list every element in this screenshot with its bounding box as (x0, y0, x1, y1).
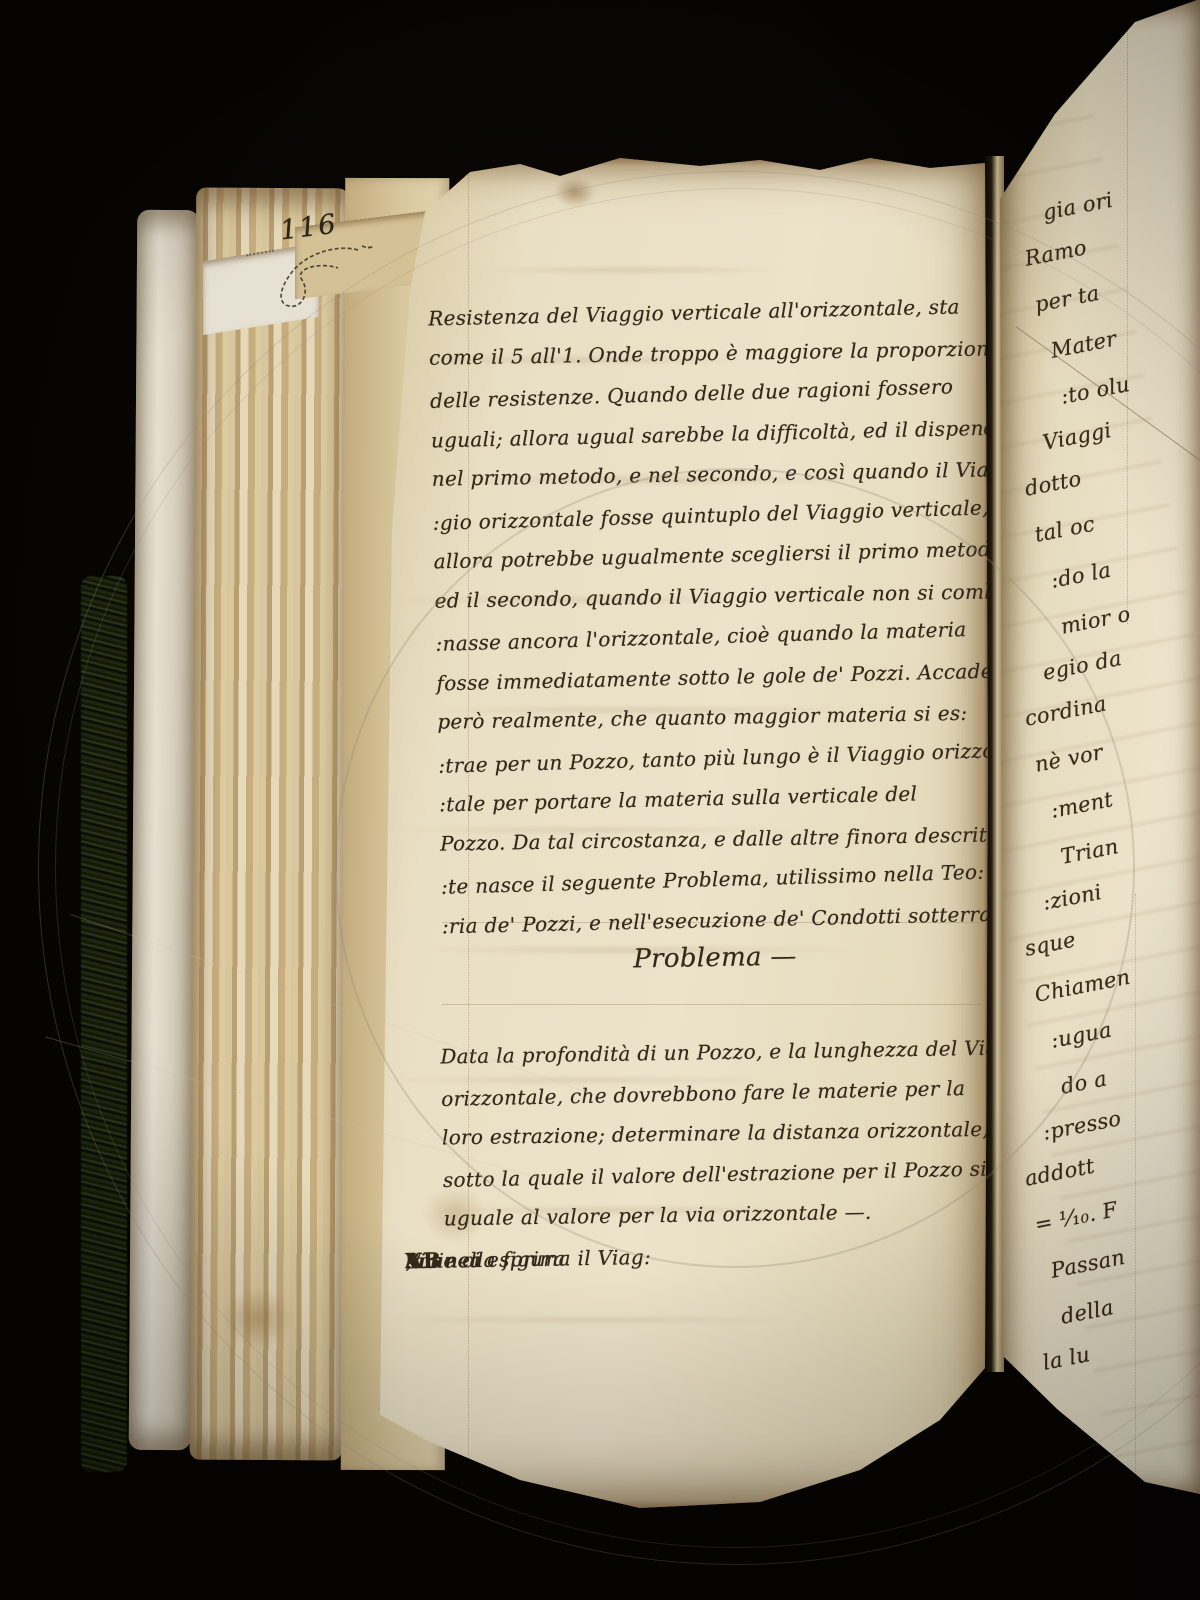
manuscript-photo: Resistenza del Viaggio verticale all'ori… (0, 0, 1200, 1600)
line-segment: , che ci esprima il Viag: (405, 1237, 651, 1281)
problem-text-block: Data la profondità di un Pozzo, e la lun… (440, 1026, 1014, 1240)
ruled-line (442, 1004, 982, 1005)
page-number-flourish (276, 240, 386, 312)
stain (223, 1288, 293, 1348)
left-page: Resistenza del Viaggio verticale all'ori… (330, 150, 990, 1518)
right-page-sliver: gia ori Ramo per ta Mater :to olu Viaggi… (995, 0, 1200, 1506)
page-edges-white-band (129, 210, 200, 1450)
page-edges-tan-band (190, 188, 349, 1461)
main-text-block: Resistenza del Viaggio verticale all'ori… (428, 286, 1008, 947)
book-cover-edge (81, 576, 127, 1472)
right-page-text-fragments: gia ori Ramo per ta Mater :to olu Viaggi… (1013, 190, 1200, 1386)
